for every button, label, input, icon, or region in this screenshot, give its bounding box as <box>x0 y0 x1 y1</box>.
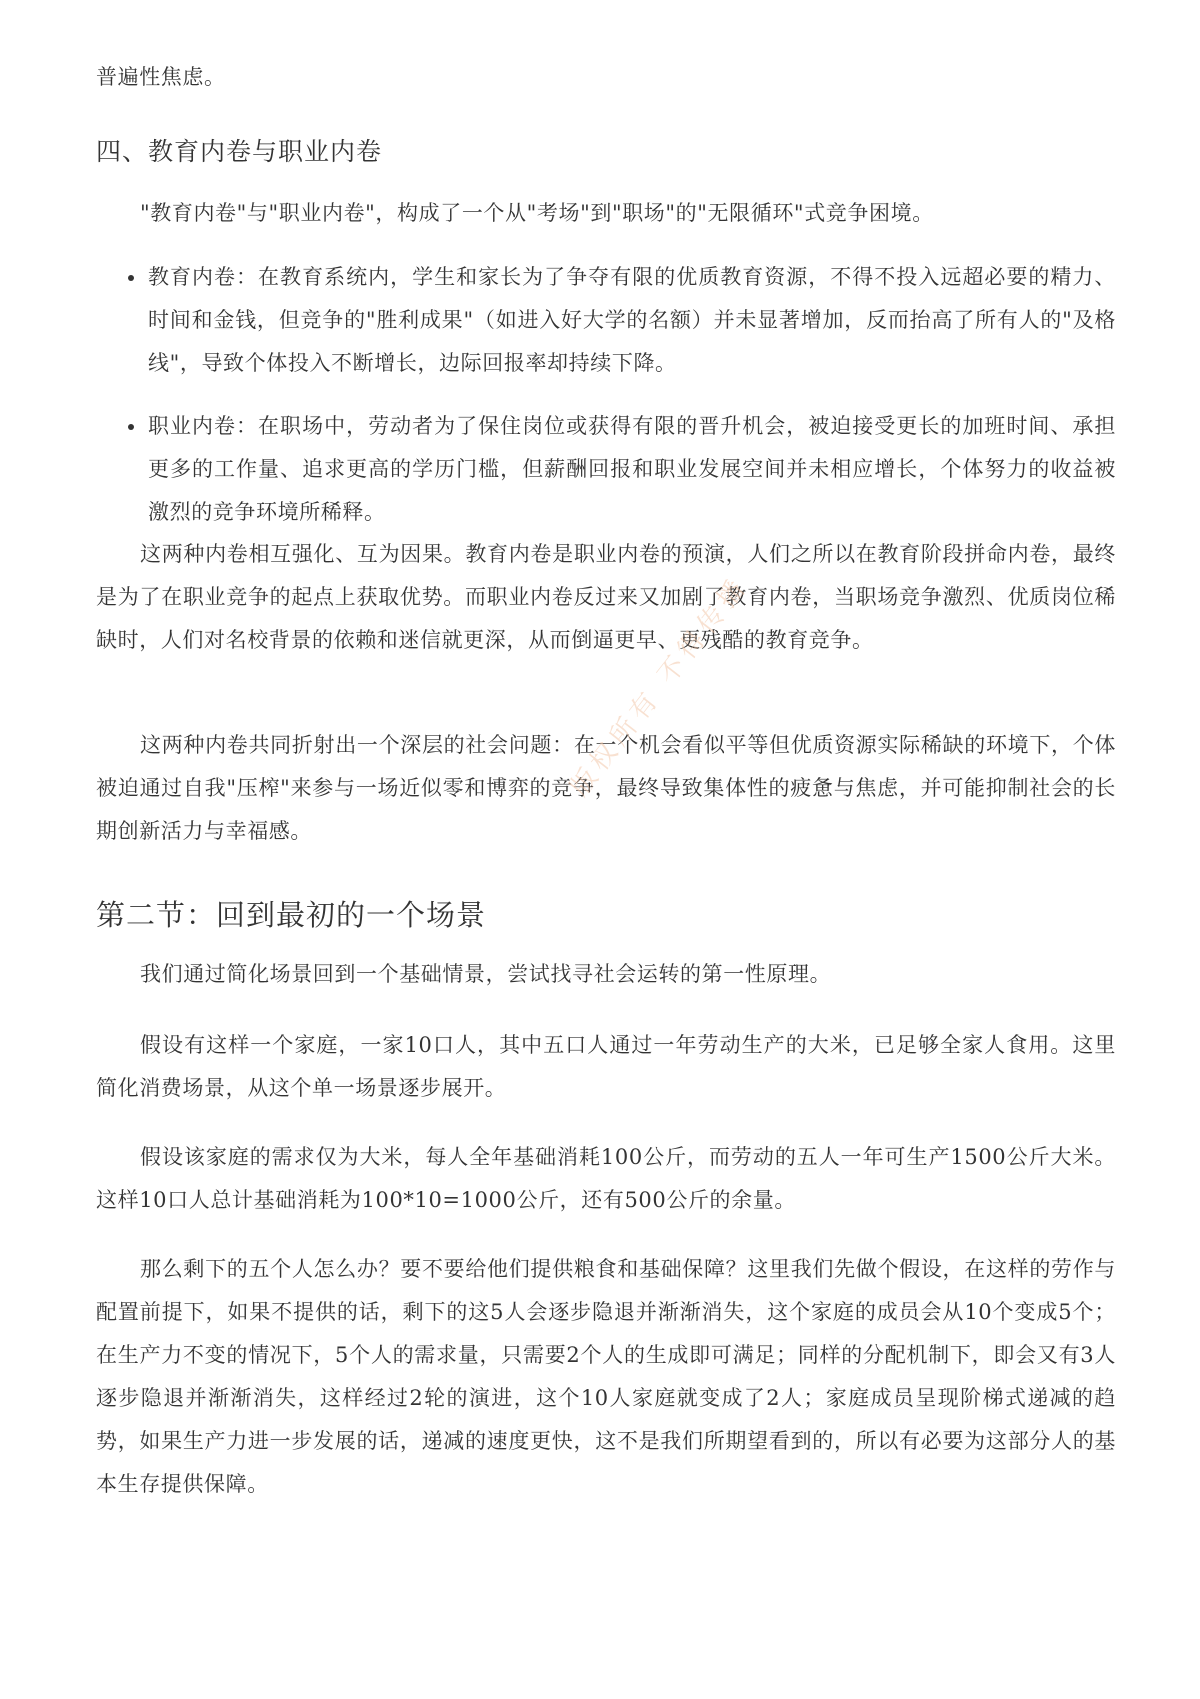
intro-tail-paragraph: 普遍性焦虑。 <box>96 56 1116 99</box>
section-4-heading: 四、教育内卷与职业内卷 <box>96 132 382 168</box>
section-4-bullet-list: 教育内卷：在教育系统内，学生和家长为了争夺有限的优质教育资源，不得不投入远超必要… <box>126 256 1116 534</box>
section-4-lead-paragraph: "教育内卷"与"职业内卷"，构成了一个从"考场"到"职场"的"无限循环"式竞争困… <box>96 192 1116 235</box>
section-2-paragraph-3: 假设该家庭的需求仅为大米，每人全年基础消耗100公斤，而劳动的五人一年可生产15… <box>96 1136 1116 1222</box>
bullet-dot-icon <box>128 424 134 430</box>
bullet-item-education-involution: 教育内卷：在教育系统内，学生和家长为了争夺有限的优质教育资源，不得不投入远超必要… <box>126 256 1116 385</box>
section-4-paragraph-1: 这两种内卷相互强化、互为因果。教育内卷是职业内卷的预演，人们之所以在教育阶段拼命… <box>96 533 1116 662</box>
bullet-dot-icon <box>128 275 134 281</box>
bullet-item-career-involution: 职业内卷：在职场中，劳动者为了保住岗位或获得有限的晋升机会，被迫接受更长的加班时… <box>126 405 1116 534</box>
section-2-paragraph-4: 那么剩下的五个人怎么办？要不要给他们提供粮食和基础保障？这里我们先做个假设，在这… <box>96 1248 1116 1506</box>
section-2-heading: 第二节：回到最初的一个场景 <box>96 893 486 934</box>
section-4-paragraph-2: 这两种内卷共同折射出一个深层的社会问题：在一个机会看似平等但优质资源实际稀缺的环… <box>96 724 1116 853</box>
bullet-text: 职业内卷：在职场中，劳动者为了保住岗位或获得有限的晋升机会，被迫接受更长的加班时… <box>148 414 1116 524</box>
section-2-paragraph-2: 假设有这样一个家庭，一家10口人，其中五口人通过一年劳动生产的大米，已足够全家人… <box>96 1024 1116 1110</box>
bullet-text: 教育内卷：在教育系统内，学生和家长为了争夺有限的优质教育资源，不得不投入远超必要… <box>148 265 1116 375</box>
section-2-paragraph-1: 我们通过简化场景回到一个基础情景，尝试找寻社会运转的第一性原理。 <box>96 953 1116 996</box>
